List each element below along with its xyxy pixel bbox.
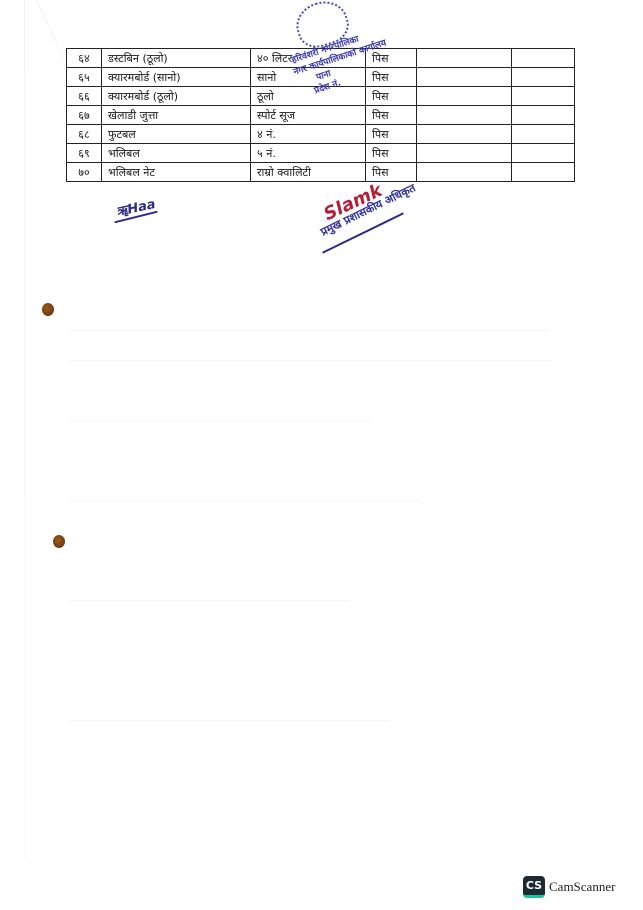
serial-number-cell: ७०	[67, 163, 102, 182]
paper-fold-mark	[0, 0, 65, 60]
serial-number-cell: ६४	[67, 49, 102, 68]
quantity-cell	[417, 163, 512, 182]
item-name-cell: क्यारमबोर्ड (ठूलो)	[102, 87, 251, 106]
camscanner-brand: CamScanner	[549, 879, 615, 895]
serial-number-cell: ६९	[67, 144, 102, 163]
unit-cell: पिस	[366, 87, 417, 106]
camscanner-watermark: CS CamScanner	[523, 876, 615, 898]
quantity-cell	[417, 87, 512, 106]
quantity-cell	[417, 144, 512, 163]
punch-hole-top	[42, 303, 54, 316]
unit-cell: पिस	[366, 106, 417, 125]
serial-number-cell: ६६	[67, 87, 102, 106]
quantity-cell	[417, 125, 512, 144]
serial-number-cell: ६५	[67, 68, 102, 87]
item-name-cell: डस्टबिन (ठूलो)	[102, 49, 251, 68]
page-edge	[24, 0, 25, 860]
serial-number-cell: ६८	[67, 125, 102, 144]
remarks-cell	[512, 87, 575, 106]
table-row: ६८फुटबल४ नं.पिस	[67, 125, 575, 144]
remarks-cell	[512, 144, 575, 163]
table-row: ६९भलिबल५ नं.पिस	[67, 144, 575, 163]
unit-cell: पिस	[366, 144, 417, 163]
quantity-cell	[417, 49, 512, 68]
remarks-cell	[512, 68, 575, 87]
serial-number-cell: ६७	[67, 106, 102, 125]
unit-cell: पिस	[366, 125, 417, 144]
item-name-cell: भलिबल नेट	[102, 163, 251, 182]
specification-cell: स्पोर्ट सूज	[251, 106, 366, 125]
quantity-cell	[417, 68, 512, 87]
specification-cell: ५ नं.	[251, 144, 366, 163]
table-row: ६७खेलाडी जुत्तास्पोर्ट सूजपिस	[67, 106, 575, 125]
item-name-cell: खेलाडी जुत्ता	[102, 106, 251, 125]
specification-cell: ४ नं.	[251, 125, 366, 144]
bleed-through-background	[70, 300, 550, 820]
table-row: ७०भलिबल नेटराम्रो क्वालिटीपिस	[67, 163, 575, 182]
unit-cell: पिस	[366, 163, 417, 182]
item-name-cell: भलिबल	[102, 144, 251, 163]
remarks-cell	[512, 125, 575, 144]
remarks-cell	[512, 49, 575, 68]
remarks-cell	[512, 163, 575, 182]
quantity-cell	[417, 106, 512, 125]
item-name-cell: क्यारमबोर्ड (सानो)	[102, 68, 251, 87]
camscanner-logo-icon: CS	[523, 876, 545, 898]
item-name-cell: फुटबल	[102, 125, 251, 144]
remarks-cell	[512, 106, 575, 125]
punch-hole-bottom	[53, 535, 65, 548]
specification-cell: राम्रो क्वालिटी	[251, 163, 366, 182]
